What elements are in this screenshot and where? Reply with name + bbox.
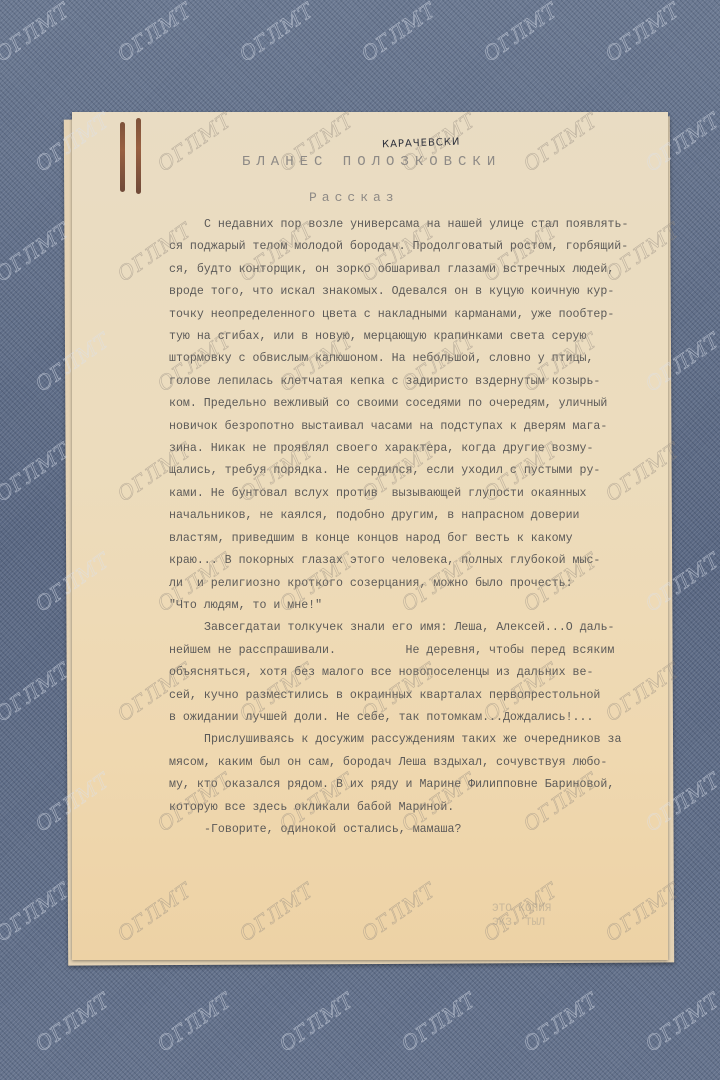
staple-mark-right	[136, 118, 141, 194]
text-line: нейшем не расспрашивали. Не деревня, что…	[169, 640, 639, 662]
text-line: мясом, каким был он сам, бородач Леша вз…	[169, 752, 639, 774]
watermark: ОГЛМТ	[0, 878, 74, 947]
text-line: точку неопределенного цвета с накладными…	[169, 304, 639, 326]
watermark: ОГЛМТ	[0, 438, 74, 507]
text-line: штормовку с обвислым капюшоном. На небол…	[169, 348, 639, 370]
text-line: му, кто оказался рядом. В их ряду и Мари…	[169, 774, 639, 796]
watermark: ОГЛМТ	[113, 0, 197, 66]
text-line: щались, требуя порядка. Не сердился, есл…	[169, 460, 639, 482]
text-line: Завсегдатаи толкучек знали его имя: Леша…	[169, 617, 639, 639]
watermark: ОГЛМТ	[235, 0, 319, 66]
watermark: ОГЛМТ	[601, 0, 685, 66]
watermark: ОГЛМТ	[641, 988, 720, 1057]
text-line: тую на сгибах, или в новую, мерцающую кр…	[169, 326, 639, 348]
text-line: "Что людям, то и мне!"	[169, 595, 639, 617]
text-line: голове лепилась клетчатая кепка с задири…	[169, 371, 639, 393]
handwritten-correction: КАРАЧЕВСКИ	[382, 137, 461, 151]
typewritten-page: КАРАЧЕВСКИ БЛАНЕС ПОЛОЗКОВСКИ Рассказ С …	[72, 112, 668, 960]
watermark: ОГЛМТ	[153, 988, 237, 1057]
text-line: новичок безропотно выстаивал часами на п…	[169, 416, 639, 438]
stamp-line: ЭКЗ. ТЫЛ	[492, 916, 551, 930]
text-line: ками. Не бунтовал вслух против вызывающе…	[169, 483, 639, 505]
watermark: ОГЛМТ	[397, 988, 481, 1057]
title-text: БЛАНЕС ПО	[242, 154, 372, 170]
watermark: ОГЛМТ	[519, 988, 603, 1057]
text-line: краю... В покорных глазах этого человека…	[169, 550, 639, 572]
text-line: ся поджарый телом молодой бородач. Продо…	[169, 236, 639, 258]
text-line: ли и религиозно кроткого созерцания, мож…	[169, 573, 639, 595]
watermark: ОГЛМТ	[0, 0, 74, 66]
story-body: С недавних пор возле универсама на нашей…	[169, 214, 639, 841]
watermark: ОГЛМТ	[31, 988, 115, 1057]
text-line: ся, будто конторщик, он зорко обшаривал …	[169, 259, 639, 281]
staple-mark-left	[120, 122, 125, 192]
watermark: ОГЛМТ	[479, 0, 563, 66]
text-line: ком. Предельно вежливый со своими соседя…	[169, 393, 639, 415]
text-line: Прислушиваясь к досужим рассуждениям так…	[169, 729, 639, 751]
watermark: ОГЛМТ	[357, 0, 441, 66]
subtitle: Рассказ	[309, 190, 399, 205]
page-title: КАРАЧЕВСКИ БЛАНЕС ПОЛОЗКОВСКИ	[242, 152, 542, 170]
text-line: зина. Никак не проявлял своего характера…	[169, 438, 639, 460]
text-line: властям, приведшим в конце концов народ …	[169, 528, 639, 550]
watermark: ОГЛМТ	[275, 988, 359, 1057]
text-line: сей, кучно разместились в окраинных квар…	[169, 685, 639, 707]
text-line: вроде того, что искал знакомых. Одевался…	[169, 281, 639, 303]
text-line: начальников, не каялся, подобно другим, …	[169, 505, 639, 527]
faint-bottom-stamp: ЭТО КОПИЯ ЭКЗ. ТЫЛ	[492, 902, 551, 930]
text-line: в ожидании лучшей доли. Не себе, так пот…	[169, 707, 639, 729]
title-struck-text: ЛОЗКОВСКИ	[372, 154, 502, 170]
text-line: которую все здесь окликали бабой Мариной…	[169, 797, 639, 819]
watermark: ОГЛМТ	[0, 658, 74, 727]
watermark: ОГЛМТ	[0, 218, 74, 287]
text-line: -Говорите, одинокой остались, мамаша?	[169, 819, 639, 841]
stamp-line: ЭТО КОПИЯ	[492, 902, 551, 916]
text-line: С недавних пор возле универсама на нашей…	[169, 214, 639, 236]
text-line: объясняться, хотя без малого все новопос…	[169, 662, 639, 684]
